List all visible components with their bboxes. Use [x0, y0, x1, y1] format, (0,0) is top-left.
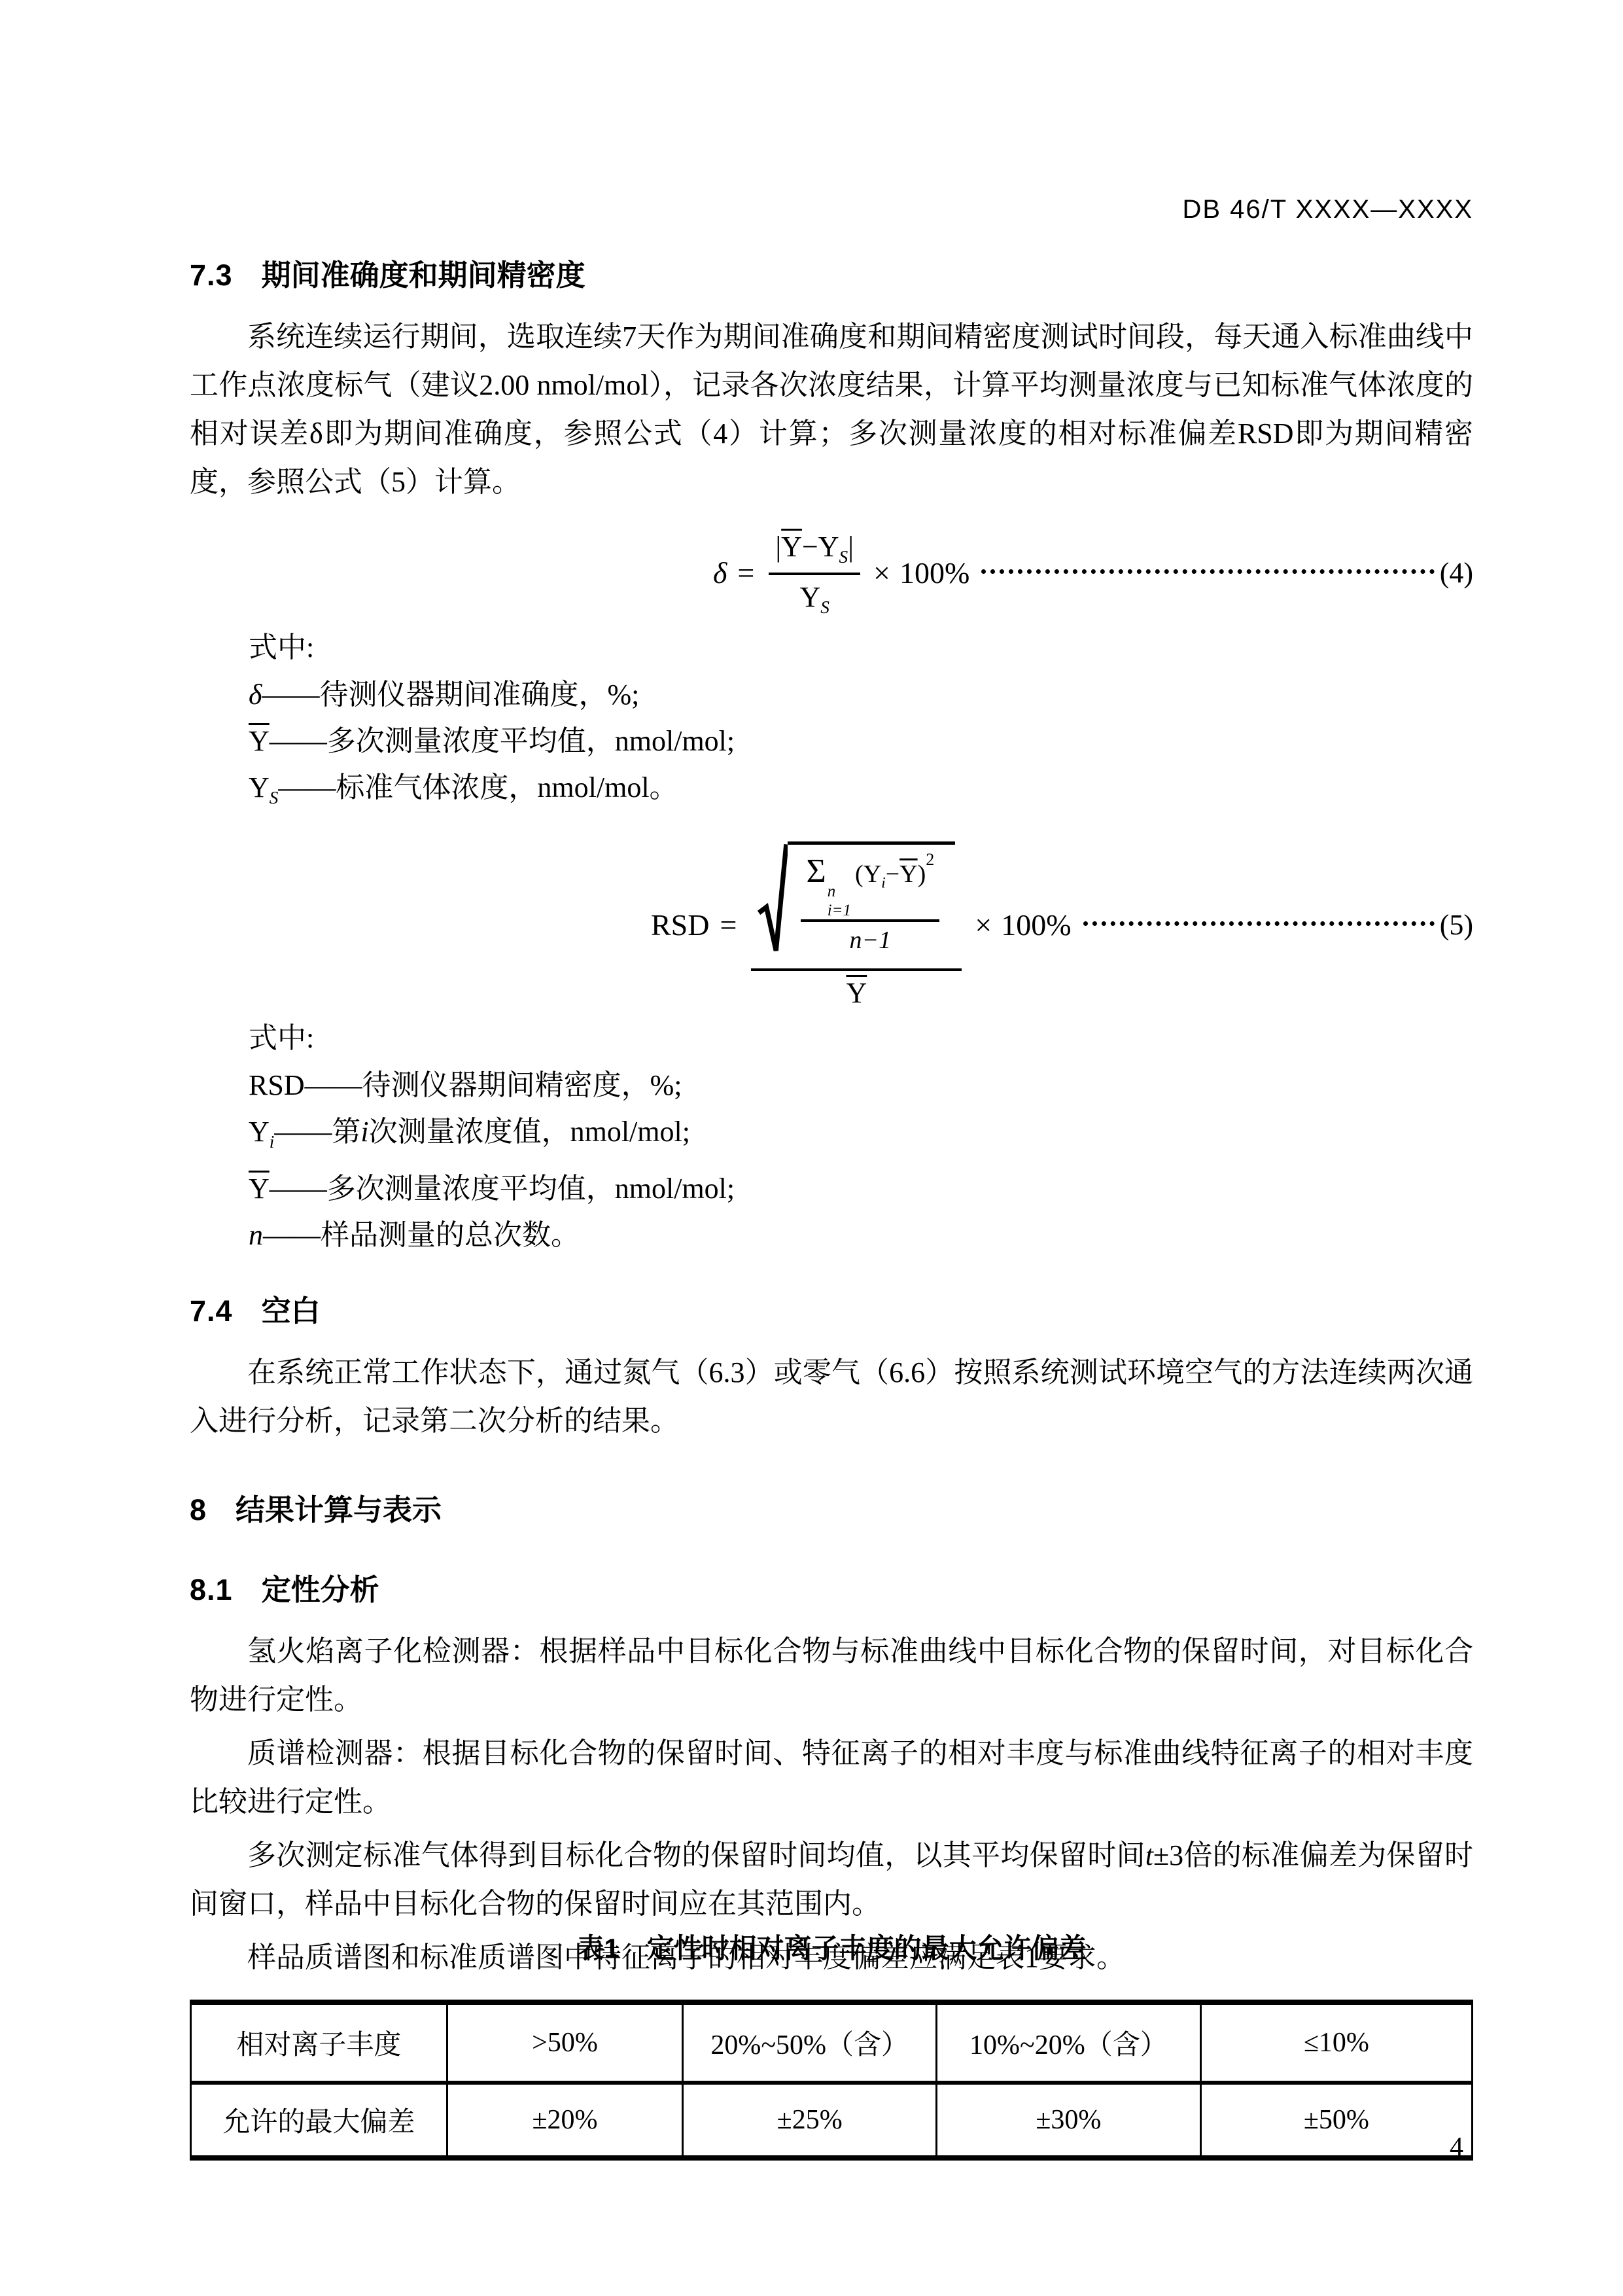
- section-number: 8.1: [190, 1571, 233, 1609]
- where-label: 式中:: [190, 624, 1473, 671]
- section-title: 期间准确度和期间精密度: [262, 256, 585, 294]
- paragraph-8-1-a: 氢火焰离子化检测器：根据样品中目标化合物与标准曲线中目标化合物的保留时间，对目标…: [190, 1627, 1473, 1724]
- table-row-max-deviation: 允许的最大偏差 ±20% ±25% ±30% ±50%: [191, 2083, 1473, 2158]
- symbol-n: n: [249, 1219, 263, 1251]
- rsd-symbol: RSD: [651, 908, 709, 942]
- sigma-symbol: Σ: [806, 853, 826, 890]
- table-1: 相对离子丰度 >50% 20%~50%（含） 10%~20%（含） ≤10% 允…: [190, 2000, 1473, 2161]
- fraction: |Y−YS| YS: [769, 529, 860, 618]
- equation-number-4: (4): [1440, 556, 1473, 590]
- definition-line: n——样品测量的总次数。: [190, 1212, 1473, 1258]
- symbol-ys: Y: [249, 771, 270, 804]
- document-page: DB 46/T XXXX—XXXX 7.3 期间准确度和期间精密度 系统连续运行…: [190, 0, 1473, 1982]
- section-heading-7-4: 7.4 空白: [190, 1292, 1473, 1330]
- page-header: DB 46/T XXXX—XXXX: [190, 0, 1473, 225]
- table-caption: 表1定性时相对离子丰度的最大允许偏差: [190, 1932, 1473, 1966]
- y-bar: Y: [899, 860, 917, 888]
- paragraph-8-1-c: 多次测定标准气体得到目标化合物的保留时间均值，以其平均保留时间t±3倍的标准偏差…: [190, 1831, 1473, 1928]
- equation-number-5: (5): [1440, 908, 1473, 942]
- definition-line: Y——多次测量浓度平均值，nmol/mol;: [190, 718, 1473, 764]
- definition-line: RSD——待测仪器期间精密度，%;: [190, 1062, 1473, 1108]
- page-number: 4: [1450, 2132, 1463, 2163]
- table-label: 表1: [576, 1933, 619, 1964]
- formula-5-expression: RSD = Σni=1(Yi−Y)2 n−1 Y: [651, 840, 1072, 1010]
- outer-numerator: Σni=1(Yi−Y)2 n−1: [751, 840, 962, 971]
- definition-line: Yi——第i次测量浓度值，nmol/mol;: [190, 1108, 1473, 1165]
- dotted-leader: [1083, 921, 1435, 926]
- table-cell: 允许的最大偏差: [191, 2083, 447, 2158]
- multiply-sign: ×: [873, 556, 890, 590]
- fraction-denominator: YS: [799, 575, 829, 618]
- paragraph-7-3: 系统连续运行期间，选取连续7天作为期间准确度和期间精密度测试时间段，每天通入标准…: [190, 313, 1473, 506]
- table-cell: ±25%: [683, 2083, 937, 2158]
- formula-4: δ = |Y−YS| YS × 100% (4): [190, 529, 1473, 618]
- definition-line: δ——待测仪器期间准确度，%;: [190, 671, 1473, 718]
- section-title: 结果计算与表示: [236, 1491, 442, 1529]
- table-title: 定性时相对离子丰度的最大允许偏差: [647, 1933, 1087, 1964]
- section-title: 定性分析: [262, 1571, 379, 1609]
- table-section: 表1定性时相对离子丰度的最大允许偏差 相对离子丰度 >50% 20%~50%（含…: [190, 1932, 1473, 2161]
- inner-numerator: Σni=1(Yi−Y)2: [801, 850, 939, 922]
- formula-5: RSD = Σni=1(Yi−Y)2 n−1 Y: [190, 840, 1473, 1010]
- exponent: 2: [926, 850, 934, 869]
- section-title: 空白: [262, 1292, 321, 1330]
- paragraph-7-4: 在系统正常工作状态下，通过氮气（6.3）或零气（6.6）按照系统测试环境空气的方…: [190, 1349, 1473, 1445]
- y-bar: Y: [846, 977, 867, 1009]
- formula-4-expression: δ = |Y−YS| YS × 100%: [713, 529, 969, 618]
- section-heading-8: 8 结果计算与表示: [190, 1491, 1473, 1529]
- inner-fraction: Σni=1(Yi−Y)2 n−1: [801, 850, 939, 955]
- table-row-abundance: 相对离子丰度 >50% 20%~50%（含） 10%~20%（含） ≤10%: [191, 2002, 1473, 2083]
- equals-sign: =: [737, 556, 754, 590]
- outer-fraction: Σni=1(Yi−Y)2 n−1 Y: [751, 840, 962, 1010]
- dotted-leader: [981, 569, 1434, 574]
- section-number: 8: [190, 1491, 207, 1529]
- section-heading-7-3: 7.3 期间准确度和期间精密度: [190, 256, 1473, 294]
- radicand: Σni=1(Yi−Y)2 n−1: [788, 841, 955, 956]
- radical-sign-icon: [758, 841, 788, 956]
- where-label: 式中:: [190, 1015, 1473, 1062]
- table-cell: 20%~50%（含）: [683, 2002, 937, 2083]
- symbol-y-bar: Y: [249, 725, 270, 757]
- symbol-y-bar: Y: [249, 1173, 270, 1205]
- fraction-numerator: |Y−YS|: [769, 529, 860, 575]
- percent-value: 100%: [899, 556, 969, 590]
- standard-code: DB 46/T XXXX—XXXX: [1182, 195, 1473, 224]
- paragraph-8-1-b: 质谱检测器：根据目标化合物的保留时间、特征离子的相对丰度与标准曲线特征离子的相对…: [190, 1729, 1473, 1826]
- square-root: Σni=1(Yi−Y)2 n−1: [758, 841, 955, 956]
- outer-denominator: Y: [846, 971, 867, 1010]
- table-cell: ±50%: [1200, 2083, 1472, 2158]
- delta-symbol: δ: [713, 556, 727, 590]
- definition-line: Y——多次测量浓度平均值，nmol/mol;: [190, 1165, 1473, 1212]
- table-cell: ±30%: [937, 2083, 1201, 2158]
- y-bar: Y: [781, 531, 802, 563]
- symbol-yi: Y: [249, 1116, 270, 1148]
- equals-sign: =: [720, 908, 737, 942]
- inner-denominator: n−1: [850, 922, 892, 955]
- table-cell: >50%: [447, 2002, 682, 2083]
- table-cell: ±20%: [447, 2083, 682, 2158]
- table-cell: 相对离子丰度: [191, 2002, 447, 2083]
- table-cell: ≤10%: [1200, 2002, 1472, 2083]
- symbol: δ: [249, 679, 262, 711]
- multiply-sign: ×: [975, 908, 992, 942]
- t-variable: t: [1145, 1839, 1153, 1871]
- section-number: 7.3: [190, 256, 233, 294]
- table-cell: 10%~20%（含）: [937, 2002, 1201, 2083]
- definition-line: YS——标准气体浓度，nmol/mol。: [190, 764, 1473, 821]
- percent-value: 100%: [1001, 908, 1071, 942]
- section-heading-8-1: 8.1 定性分析: [190, 1571, 1473, 1609]
- symbol-rsd: RSD: [249, 1069, 305, 1101]
- section-number: 7.4: [190, 1292, 233, 1330]
